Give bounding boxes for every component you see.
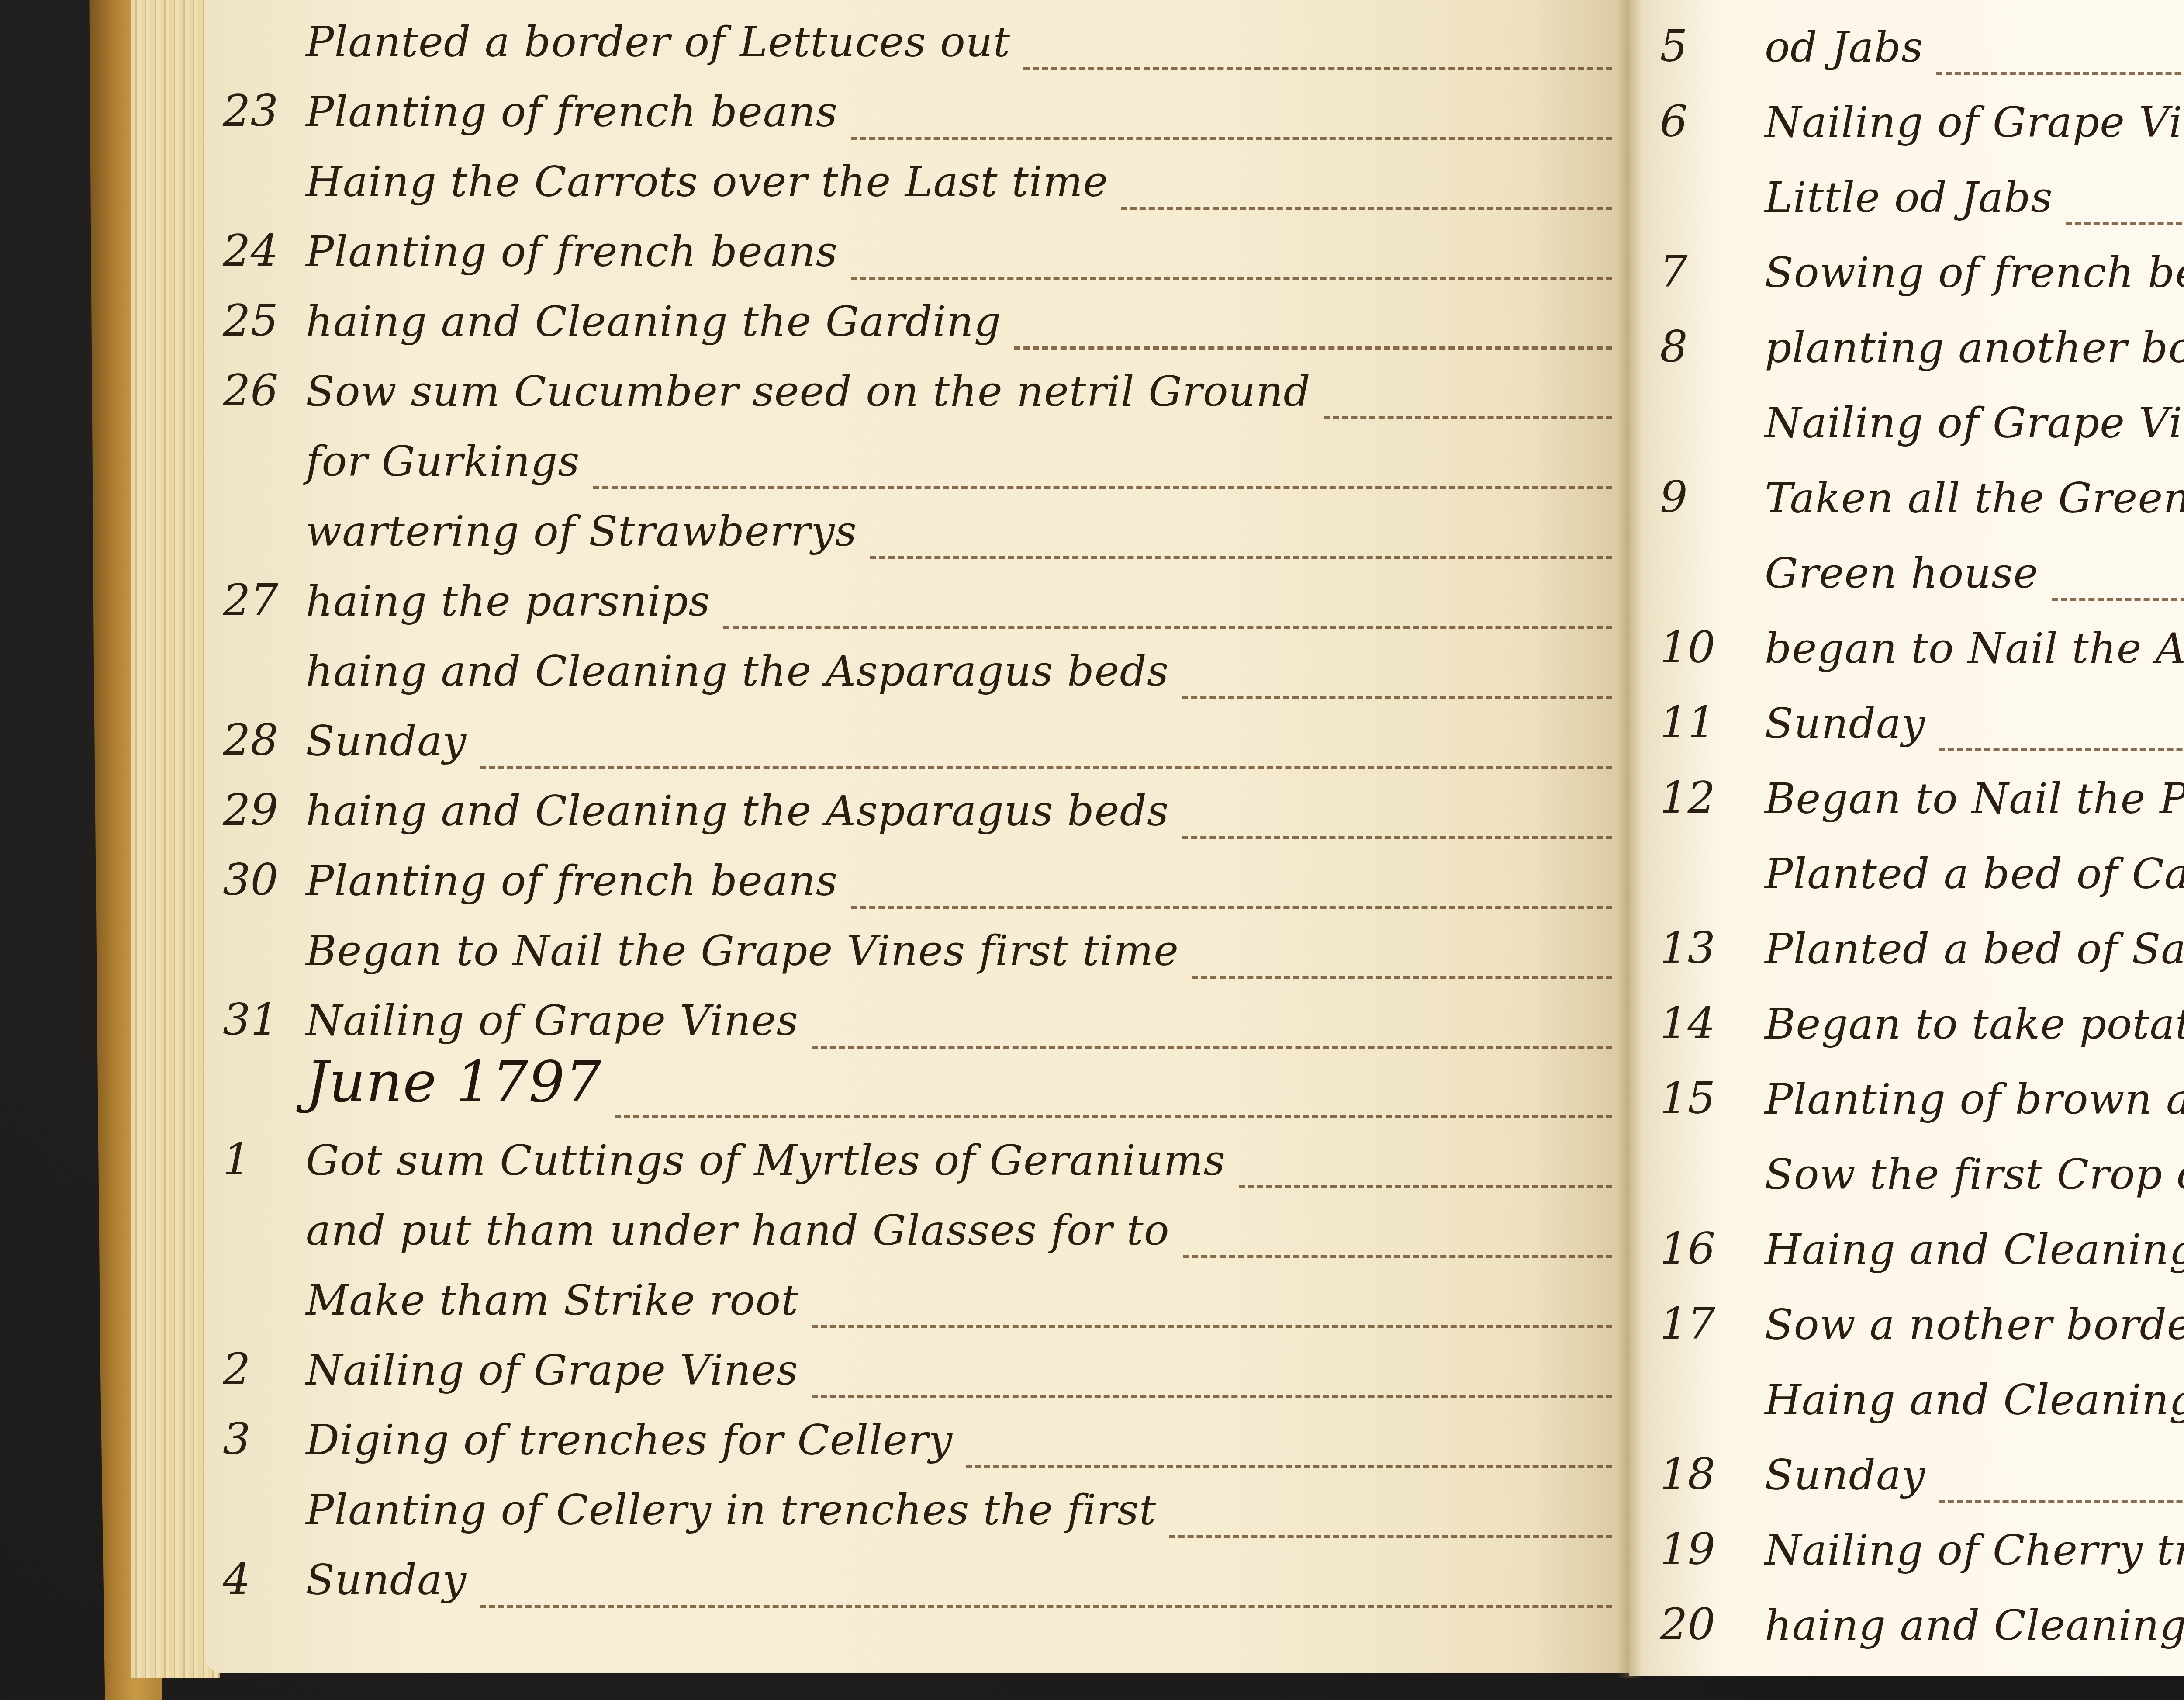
diary-entry: Planted a border of Lettuces out [205,4,1629,74]
entry-day-number: 12 [1660,772,1715,823]
dotted-leader-line [480,766,1612,769]
dotted-leader-line [812,1046,1612,1049]
entry-text: wartering of Strawberrys [306,507,857,556]
entry-text: for Gurkings [306,437,580,486]
diary-entry: 7Sowing of french beans, and weding [1629,230,2184,305]
dotted-leader-line [2066,222,2184,225]
diary-entry: 24Planting of french beans [205,214,1629,284]
dotted-leader-line [1121,207,1612,210]
diary-entry: 17Sow a nother border of redishes and Le… [1629,1282,2184,1357]
diary-entry: 26Sow sum Cucumber seed on the netril Gr… [205,354,1629,424]
entry-text: Sow a nother border of redishes and Lett… [1765,1300,2184,1349]
entry-day-number: 20 [1660,1599,1715,1650]
entry-day-number: 29 [223,784,278,835]
entry-text: Planting of french beans [306,87,838,136]
entry-text: Began to take potatoes up for the first [1765,1000,2184,1049]
entry-text: Nailing of Grape Vines [1765,98,2184,147]
diary-entry: 15Planting of brown and White brocoli fo… [1629,1056,2184,1132]
entry-day-number: 13 [1660,922,1715,973]
diary-entry: Haing the Carrots over the Last time [205,144,1629,214]
entry-text: Planting of french beans [306,856,838,905]
diary-entry: Began to Nail the Grape Vines first time [205,913,1629,983]
entry-day-number: 17 [1660,1298,1715,1349]
dotted-leader-line [812,1395,1612,1398]
month-heading: June 1797 [306,1049,602,1115]
entry-text: Nailing of Grape Vines [306,996,798,1045]
entry-text: Diging of trenches for Cellery [306,1416,953,1465]
entry-text: Sunday [306,1555,467,1604]
dotted-leader-line [851,277,1612,280]
dotted-leader-line [851,137,1612,140]
left-page: Planted a border of Lettuces out23Planti… [205,0,1629,1673]
diary-entry: Planted a bed of Cabbage plants out for … [1629,831,2184,906]
diary-entry: 11Sunday [1629,681,2184,756]
diary-entry: 2Nailing of Grape Vines [205,1333,1629,1402]
diary-entry: Haing and Cleaning the Garding [1629,1357,2184,1432]
dotted-leader-line [593,486,1612,489]
entry-day-number: 11 [1660,697,1715,748]
entry-text: Sow sum Cucumber seed on the netril Grou… [306,367,1311,416]
entry-text: Haing and Cleaning the Garding [1765,1375,2184,1424]
diary-entry: 16Haing and Cleaning the Garding [1629,1207,2184,1282]
entry-text: haing and Cleaning the Garding [1765,1601,2184,1650]
entry-day-number: 10 [1660,622,1715,673]
entry-day-number: 4 [223,1553,251,1604]
dotted-leader-line [1182,696,1612,699]
dotted-leader-line [1939,1500,2184,1503]
entry-day-number: 5 [1660,21,1688,72]
entry-text: Taken all the Green house plants out of … [1765,474,2184,523]
dotted-leader-line [1324,416,1612,419]
entry-text: haing and Cleaning the Asparagus beds [306,647,1169,696]
diary-entry: 18Sunday [1629,1432,2184,1507]
diary-entry: Little od Jabs [1629,155,2184,230]
diary-entry: wartering of Strawberrys [205,494,1629,564]
diary-entry: 30Planting of french beans [205,843,1629,913]
dotted-leader-line [723,626,1612,629]
entry-text: Green house [1765,549,2039,598]
entry-text: Little od Jabs [1765,173,2053,222]
diary-entry: 28Sunday [205,703,1629,773]
diary-entry: 9Taken all the Green house plants out of… [1629,455,2184,530]
diary-entry: 8planting another border of Lattuses [1629,305,2184,380]
diary-entry: 29haing and Cleaning the Asparagus beds [205,773,1629,843]
diary-entry: Sow the first Crop of Endive seed [1629,1132,2184,1207]
diary-entry: Planting of Cellery in trenches the firs… [205,1472,1629,1542]
entry-day-number: 1 [223,1134,251,1185]
entry-text: Sunday [306,717,467,765]
entry-text: Planted a border of Lettuces out [306,17,1010,66]
entry-day-number: 15 [1660,1073,1715,1124]
dotted-leader-line [851,906,1612,909]
entry-text: haing and Cleaning the Asparagus beds [306,786,1169,835]
dotted-leader-line [480,1605,1612,1608]
entry-text: Nailing of Grape Vines [1765,398,2184,447]
diary-entry: 3Diging of trenches for Cellery [205,1402,1629,1472]
entry-text: Sunday [1765,699,1925,748]
entry-day-number: 24 [223,225,278,276]
entry-day-number: 30 [223,854,278,905]
diary-entry: 10began to Nail the Apricot trees [1629,606,2184,681]
diary-entry: 27haing the parsnips [205,564,1629,634]
diary-entry: Green house [1629,530,2184,606]
entry-text: Planting of Cellery in trenches the firs… [306,1485,1156,1534]
dotted-leader-line [812,1325,1612,1328]
diary-entry: 14Began to take potatoes up for the firs… [1629,981,2184,1056]
diary-entry: for Gurkings [205,424,1629,494]
diary-entry: 4Sunday [205,1542,1629,1612]
entry-text: Planted a bed of Savoys and Scotch Cale … [1765,924,2184,973]
entry-text: Planted a bed of Cabbage plants out for … [1765,849,2184,898]
entry-day-number: 9 [1660,471,1688,523]
entry-text: Nailing of Cherry trees [1765,1526,2184,1575]
diary-entry: 20haing and Cleaning the Garding [1629,1582,2184,1658]
entry-text: Got sum Cuttings of Myrtles of Geraniums [306,1136,1226,1185]
diary-entry: Nailing of Grape Vines [1629,380,2184,455]
entry-day-number: 14 [1660,997,1715,1049]
entry-day-number: 28 [223,714,278,765]
entry-text: Haing and Cleaning the Garding [1765,1225,2184,1274]
entry-text: Sowing of french beans, and weding [1765,248,2184,297]
entry-day-number: 16 [1660,1223,1715,1274]
entry-text: haing and Cleaning the Garding [306,297,1001,346]
entry-day-number: 6 [1660,96,1688,147]
diary-entry: 31Nailing of Grape Vines [205,983,1629,1053]
entry-day-number: 19 [1660,1523,1715,1575]
entry-day-number: 7 [1660,246,1688,297]
entry-text: Began to Nail the Peach trees [1765,774,2184,823]
entry-text: Make tham Strike root [306,1276,798,1325]
entry-text: and put tham under hand Glasses for to [306,1206,1170,1255]
diary-entry: haing and Cleaning the Asparagus beds [205,634,1629,703]
dotted-leader-line [1169,1535,1612,1538]
dotted-leader-line [1192,976,1612,979]
diary-entry: and put tham under hand Glasses for to [205,1193,1629,1263]
entry-day-number: 18 [1660,1448,1715,1499]
diary-entry: June 1797 [205,1053,1629,1123]
diary-entry: 12Began to Nail the Peach trees [1629,756,2184,831]
entry-text: haing the parsnips [306,577,710,626]
entry-text: planting another border of Lattuses [1765,323,2184,372]
dotted-leader-line [1182,836,1612,839]
entry-day-number: 27 [223,575,278,626]
entry-day-number: 2 [223,1343,251,1395]
dotted-leader-line [1939,748,2184,751]
diary-entry: 5od Jabs [1629,4,2184,80]
dotted-leader-line [2052,598,2184,601]
entry-text: Began to Nail the Grape Vines first time [306,926,1179,975]
entry-text: od Jabs [1765,23,1923,72]
diary-entry: 13Planted a bed of Savoys and Scotch Cal… [1629,906,2184,981]
entry-day-number: 31 [223,994,278,1045]
diary-entry: 25haing and Cleaning the Garding [205,284,1629,354]
dotted-leader-line [1023,67,1612,70]
right-page: 5od Jabs6Nailing of Grape VinesLittle od… [1629,0,2184,1676]
diary-entry: Make tham Strike root [205,1263,1629,1333]
dotted-leader-line [870,556,1612,559]
dotted-leader-line [615,1115,1612,1118]
diary-entry: 1Got sum Cuttings of Myrtles of Geranium… [205,1123,1629,1193]
dotted-leader-line [1936,72,2184,75]
entry-day-number: 8 [1660,321,1688,372]
entry-day-number: 23 [223,85,278,136]
entry-text: Planting of brown and White brocoli for … [1765,1075,2184,1124]
diary-entry: 19Nailing of Cherry trees [1629,1507,2184,1582]
entry-text: began to Nail the Apricot trees [1765,624,2184,673]
dotted-leader-line [1014,346,1612,350]
entry-day-number: 3 [223,1413,251,1465]
entry-text: Nailing of Grape Vines [306,1346,798,1395]
dotted-leader-line [966,1465,1612,1468]
diary-entry: 23Planting of french beans [205,74,1629,144]
dotted-leader-line [1183,1255,1612,1258]
diary-entry: 6Nailing of Grape Vines [1629,80,2184,155]
entry-text: Haing the Carrots over the Last time [306,157,1108,206]
entry-text: Planting of french beans [306,227,838,276]
entry-text: Sow the first Crop of Endive seed [1765,1150,2184,1199]
entry-day-number: 26 [223,365,278,416]
dotted-leader-line [1239,1185,1612,1188]
entry-text: Sunday [1765,1451,1925,1499]
book-gutter [1616,0,1642,1678]
entry-day-number: 25 [223,295,278,346]
